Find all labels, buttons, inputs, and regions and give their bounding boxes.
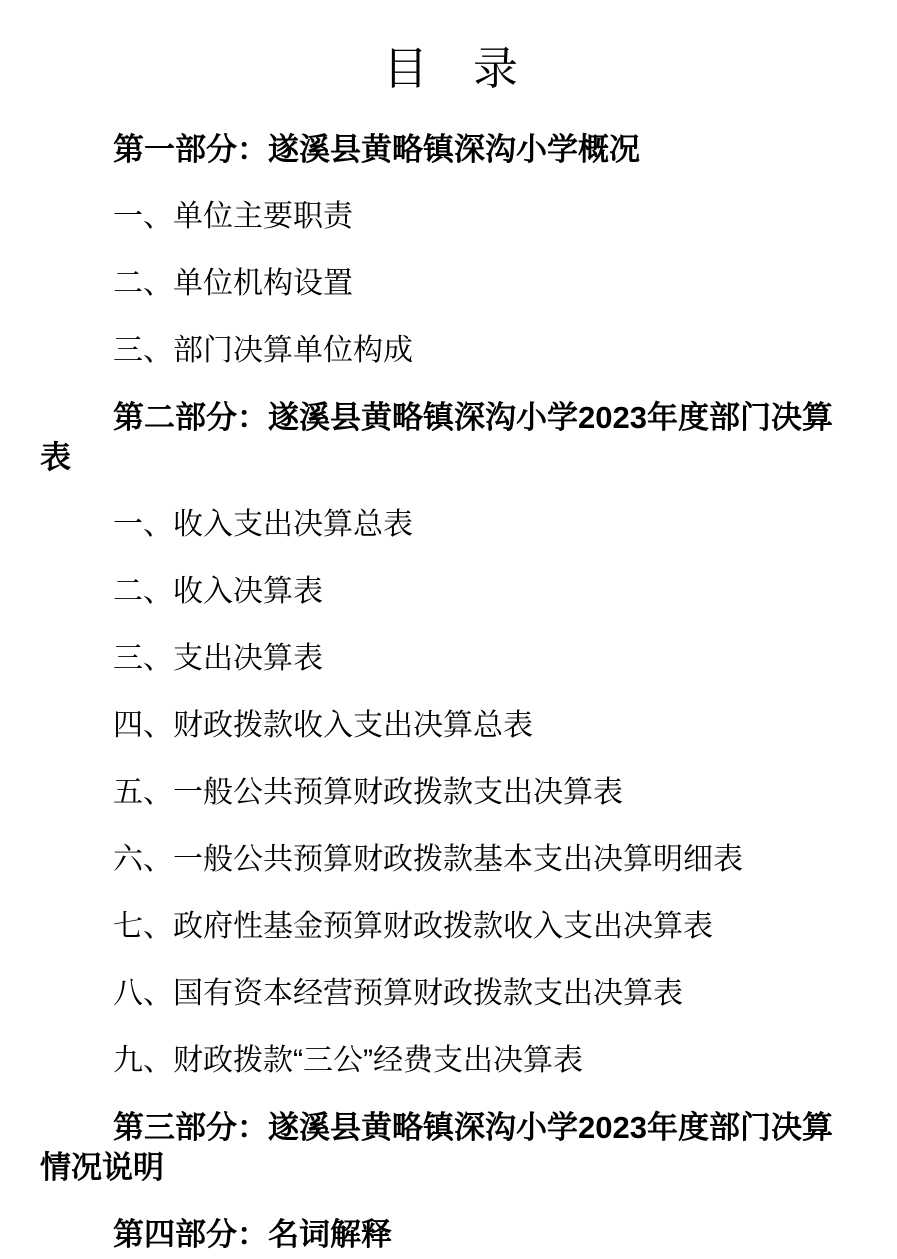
toc-item-1-1: 一、单位主要职责 xyxy=(40,197,861,237)
toc-item-2-6: 六、一般公共预算财政拨款基本支出决算明细表 xyxy=(40,840,861,880)
toc-item-2-5: 五、一般公共预算财政拨款支出决算表 xyxy=(40,773,861,813)
table-of-contents: 第一部分：遂溪县黄略镇深沟小学概况 一、单位主要职责 二、单位机构设置 三、部门… xyxy=(40,130,861,1255)
toc-item-2-1: 一、收入支出决算总表 xyxy=(40,505,861,545)
document-page: 目 录 第一部分：遂溪县黄略镇深沟小学概况 一、单位主要职责 二、单位机构设置 … xyxy=(0,0,897,1259)
toc-item-2-7: 七、政府性基金预算财政拨款收入支出决算表 xyxy=(40,907,861,947)
toc-item-2-4: 四、财政拨款收入支出决算总表 xyxy=(40,706,861,746)
toc-item-1-2: 二、单位机构设置 xyxy=(40,264,861,304)
toc-item-2-9: 九、财政拨款“三公”经费支出决算表 xyxy=(40,1041,861,1081)
toc-heading-part-4: 第四部分：名词解释 xyxy=(40,1215,861,1255)
toc-heading-part-2: 第二部分：遂溪县黄略镇深沟小学2023年度部门决算表 xyxy=(40,398,861,478)
toc-item-2-3: 三、支出决算表 xyxy=(40,639,861,679)
toc-heading-part-3: 第三部分：遂溪县黄略镇深沟小学2023年度部门决算情况说明 xyxy=(40,1108,861,1188)
toc-item-1-3: 三、部门决算单位构成 xyxy=(40,331,861,371)
toc-item-2-8: 八、国有资本经营预算财政拨款支出决算表 xyxy=(40,974,861,1014)
toc-item-2-2: 二、收入决算表 xyxy=(40,572,861,612)
page-title: 目 录 xyxy=(40,45,861,93)
toc-heading-part-1: 第一部分：遂溪县黄略镇深沟小学概况 xyxy=(40,130,861,170)
